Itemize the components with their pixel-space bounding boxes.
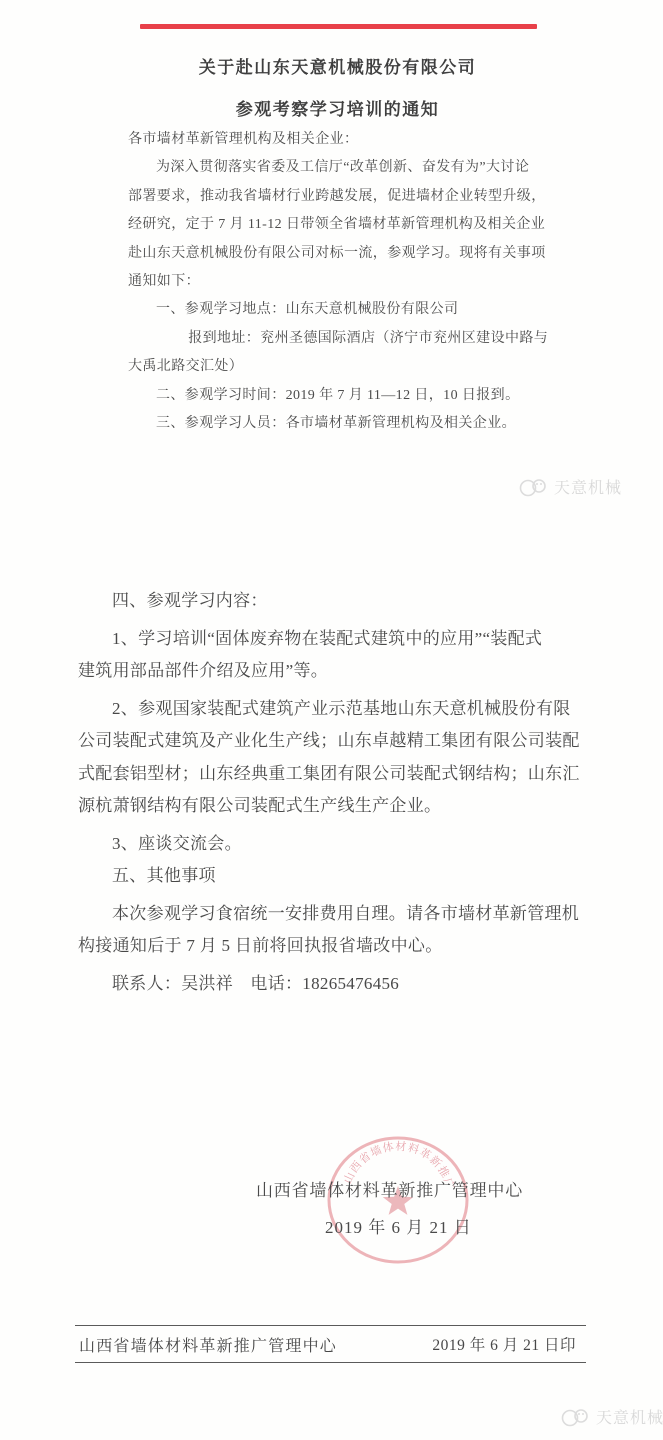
top-red-rule [140,24,537,29]
doc-line: 经研究，定于 7 月 11-12 日带领全省墙材革新管理机构及相关企业 [128,211,546,239]
doc-line: 为深入贯彻落实省委及工信厅“改革创新、奋发有为”大讨论 [128,154,546,182]
doc-line: 源杭萧钢结构有限公司装配式生产线生产企业。 [78,790,590,823]
doc-line: 本次参观学习食宿统一安排费用自理。请各市墙材革新管理机 [78,898,590,931]
doc-line: 公司装配式建筑及产业化生产线；山东卓越精工集团有限公司装配 [78,725,590,758]
contact-line: 联系人：吴洪祥 电话：18265476456 [78,968,590,1001]
signature-date: 2019 年 6 月 21 日 [325,1213,472,1238]
official-red-stamp: 山西省墙体材料革新推广管理中心 [318,1122,478,1280]
doc-line: 2、参观国家装配式建筑产业示范基地山东天意机械股份有限 [78,693,590,726]
doc-line: 构接通知后于 7 月 5 日前将回执报省墙改中心。 [78,930,590,963]
notice-body-lower: 四、参观学习内容： 1、学习培训“固体废弃物在装配式建筑中的应用”“装配式 建筑… [78,585,590,1000]
section-5-heading: 五、其他事项 [78,860,590,893]
doc-line: 通知如下： [128,268,546,296]
footer-print-date: 2019 年 6 月 21 日印 [432,1333,582,1355]
salutation-line: 各市墙材革新管理机构及相关企业： [128,126,546,154]
doc-line: 大禹北路交汇处） [128,353,546,381]
notice-body-upper: 各市墙材革新管理机构及相关企业： 为深入贯彻落实省委及工信厅“改革创新、奋发有为… [128,126,546,438]
checkin-address: 报到地址：兖州圣德国际酒店（济宁市兖州区建设中路与 [128,325,546,353]
title-line-2: 参观考察学习培训的通知 [6,89,663,131]
title-line-1: 关于赴山东天意机械股份有限公司 [6,47,663,89]
doc-line: 部署要求，推动我省墙材行业跨越发展，促进墙材企业转型升级， [128,183,546,211]
brand-watermark-middle: 天意机械 [518,472,622,500]
item-3-people: 三、参观学习人员：各市墙材革新管理机构及相关企业。 [128,410,546,438]
doc-line: 赴山东天意机械股份有限公司对标一流，参观学习。现将有关事项 [128,240,546,268]
document-title: 关于赴山东天意机械股份有限公司 参观考察学习培训的通知 [6,47,663,131]
doc-line: 3、座谈交流会。 [78,828,590,861]
doc-line: 建筑用部品部件介绍及应用”等。 [78,655,590,688]
tianyi-logo-icon [560,1402,592,1430]
footer-imprint-bar: 山西省墙体材料革新推广管理中心 2019 年 6 月 21 日印 [75,1325,586,1363]
signature-organization: 山西省墙体材料革新推广管理中心 [256,1176,523,1201]
section-4-heading: 四、参观学习内容： [78,585,590,618]
tianyi-logo-icon [518,472,550,500]
doc-line: 式配套铝型材；山东经典重工集团有限公司装配式钢结构；山东汇 [78,758,590,791]
footer-issuer: 山西省墙体材料革新推广管理中心 [79,1333,337,1356]
doc-line: 1、学习培训“固体废弃物在装配式建筑中的应用”“装配式 [78,623,590,656]
brand-watermark-bottom: 天意机械 [560,1402,663,1430]
item-1-location: 一、参观学习地点：山东天意机械股份有限公司 [128,296,546,324]
brand-watermark-text: 天意机械 [596,1405,663,1428]
item-2-time: 二、参观学习时间：2019 年 7 月 11—12 日，10 日报到。 [128,382,546,410]
scanned-notice-document: 关于赴山东天意机械股份有限公司 参观考察学习培训的通知 各市墙材革新管理机构及相… [0,0,663,1440]
brand-watermark-text: 天意机械 [554,475,622,498]
